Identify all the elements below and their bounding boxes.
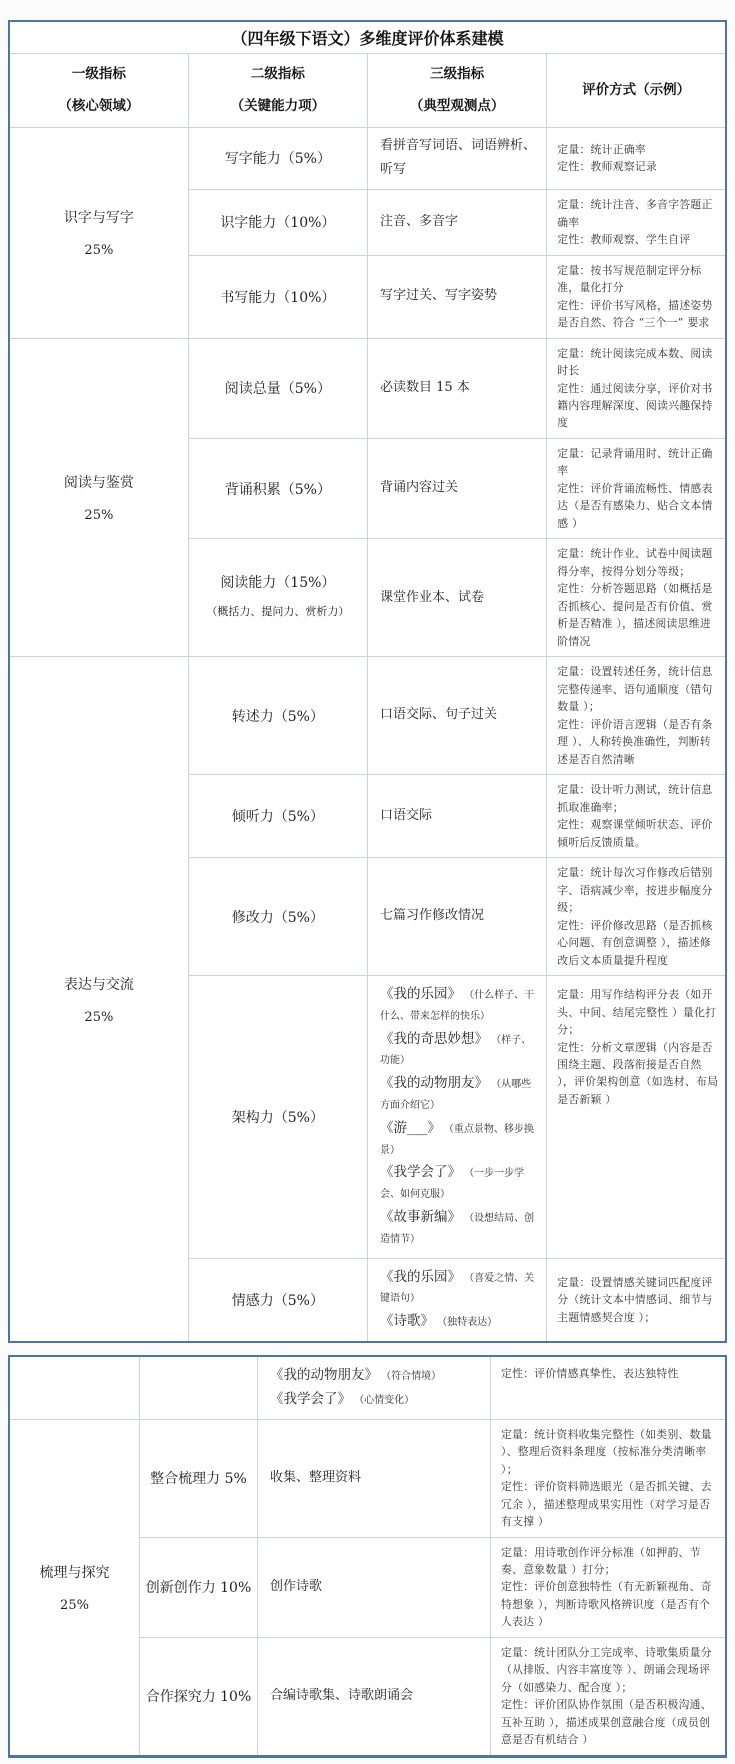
section-name: 表达与交流 bbox=[11, 974, 187, 994]
book-title: 《我的乐园》 bbox=[380, 1269, 461, 1285]
eval-cell: 定量：用诗歌创作评分标准（如押韵、节奏、意象数量 ）打分； 定性：评价创意独特性… bbox=[491, 1537, 727, 1637]
level3-cell: 口语交际、句子过关 bbox=[368, 657, 547, 775]
level2-cell: 创新创作力 10% bbox=[140, 1537, 258, 1637]
section-name: 梳理与探究 bbox=[11, 1562, 138, 1582]
level2-cell: 倾听力（5%） bbox=[188, 775, 367, 858]
eval-cell: 定量：用写作结构评分表（如开头、中间、结尾完整性 ）量化打分； 定性：分析文章逻… bbox=[547, 976, 726, 1259]
empty-cell bbox=[9, 1356, 140, 1419]
table-row: 梳理与探究 25% 整合梳理力 5% 收集、整理资料 定量：统计资料收集完整性（… bbox=[9, 1419, 726, 1537]
book-line: 《我的奇思妙想》 （样子、功能） bbox=[380, 1029, 540, 1072]
empty-cell bbox=[140, 1356, 258, 1419]
book-line: 《游___》 （重点景物、移步换景） bbox=[380, 1118, 540, 1161]
table-row: 表达与交流 25% 转述力（5%） 口语交际、句子过关 定量：设置转述任务，统计… bbox=[9, 657, 726, 775]
header-level2: 二级指标 （关键能力项） bbox=[188, 54, 367, 128]
book-line: 《我的乐园》 （什么样子、干什么、带来怎样的快乐） bbox=[380, 984, 540, 1027]
book-note: （符合情境） bbox=[378, 1371, 441, 1382]
section-name: 识字与写字 bbox=[11, 207, 187, 227]
evaluation-table-main: （四年级下语文）多维度评价体系建模 一级指标 （核心领域） 二级指标 （关键能力… bbox=[8, 20, 727, 1343]
level2-cell: 情感力（5%） bbox=[188, 1258, 367, 1342]
eval-cell: 定量：设计听力测试，统计信息抓取准确率； 定性：观察课堂倾听状态、评价倾听后反馈… bbox=[547, 775, 726, 858]
eval-cell: 定量：设置转述任务，统计信息完整传递率、语句通顺度（错句数量 ）； 定性：评价语… bbox=[547, 657, 726, 775]
eval-cell: 定量：统计正确率 定性：教师观察记录 bbox=[547, 127, 726, 189]
header-level1: 一级指标 （核心领域） bbox=[9, 54, 188, 128]
table-row: 《我的动物朋友》 （符合情境）《我学会了》 （心情变化） 定性：评价情感真挚性、… bbox=[9, 1356, 726, 1419]
level3-cell: 看拼音写词语、词语辨析、听写 bbox=[368, 127, 547, 189]
book-title: 《游___》 bbox=[380, 1120, 441, 1136]
section-percent: 25% bbox=[11, 1010, 187, 1025]
page-title: （四年级下语文）多维度评价体系建模 bbox=[9, 21, 726, 54]
level3-cell: 写字过关、写字姿势 bbox=[368, 255, 547, 338]
header-eval: 评价方式（示例） bbox=[547, 54, 726, 128]
book-title: 《我学会了》 bbox=[380, 1164, 461, 1180]
level2-cell: 整合梳理力 5% bbox=[140, 1419, 258, 1537]
level2-cell: 合作探究力 10% bbox=[140, 1637, 258, 1756]
level2-cell: 背诵积累（5%） bbox=[188, 438, 367, 538]
book-line: 《我的乐园》 （喜爱之情、关键语句） bbox=[380, 1267, 540, 1310]
book-title: 《我的动物朋友》 bbox=[270, 1367, 378, 1383]
book-title: 《我的奇思妙想》 bbox=[380, 1031, 488, 1047]
level2-cell: 转述力（5%） bbox=[188, 657, 367, 775]
level2-cell: 书写能力（10%） bbox=[188, 255, 367, 338]
book-title: 《诗歌》 bbox=[380, 1313, 434, 1329]
book-line: 《我学会了》 （一步一步学会、如何克服） bbox=[380, 1162, 540, 1205]
book-line: 《我学会了》 （心情变化） bbox=[270, 1389, 484, 1411]
level2-label: 阅读能力（15%） bbox=[191, 572, 365, 592]
level3-cell: 创作诗歌 bbox=[258, 1537, 491, 1637]
book-title: 《我的乐园》 bbox=[380, 986, 461, 1002]
eval-cell: 定量：统计团队分工完成率、诗歌集质量分（从排版、内容丰富度等 ）、朗诵会现场评分… bbox=[491, 1637, 727, 1756]
level2-cell: 阅读总量（5%） bbox=[188, 338, 367, 438]
table-row: 识字与写字 25% 写字能力（5%） 看拼音写词语、词语辨析、听写 定量：统计正… bbox=[9, 127, 726, 189]
level3-cell: 七篇习作修改情况 bbox=[368, 858, 547, 976]
level2-cell: 阅读能力（15%） （概括力、提问力、赏析力） bbox=[188, 539, 367, 657]
table-header-row: 一级指标 （核心领域） 二级指标 （关键能力项） 三级指标 （典型观测点） 评价… bbox=[9, 54, 726, 128]
level3-books-cell: 《我的乐园》 （喜爱之情、关键语句）《诗歌》 （独特表达） bbox=[368, 1258, 547, 1342]
evaluation-table-continued: 《我的动物朋友》 （符合情境）《我学会了》 （心情变化） 定性：评价情感真挚性、… bbox=[8, 1355, 727, 1758]
section-name: 阅读与鉴赏 bbox=[11, 472, 187, 492]
section-percent: 25% bbox=[11, 243, 187, 258]
level3-books-cell: 《我的动物朋友》 （符合情境）《我学会了》 （心情变化） bbox=[258, 1356, 491, 1419]
eval-cell: 定性：评价情感真挚性、表达独特性 bbox=[491, 1356, 727, 1419]
section-percent: 25% bbox=[11, 508, 187, 523]
eval-cell: 定量：统计阅读完成本数、阅读时长 定性：通过阅读分享，评价对书籍内容理解深度、阅… bbox=[547, 338, 726, 438]
book-line: 《我的动物朋友》 （符合情境） bbox=[270, 1365, 484, 1387]
eval-cell: 定量：统计作业、试卷中阅读题得分率，按得分划分等级； 定性：分析答题思路（如概括… bbox=[547, 539, 726, 657]
book-note: （独特表达） bbox=[434, 1317, 497, 1328]
book-title: 《我的动物朋友》 bbox=[380, 1075, 488, 1091]
eval-cell: 定量：记录背诵用时、统计正确率 定性：评价背诵流畅性、情感表达（是否有感染力、贴… bbox=[547, 438, 726, 538]
level3-cell: 合编诗歌集、诗歌朗诵会 bbox=[258, 1637, 491, 1756]
book-line: 《我的动物朋友》 （从哪些方面介绍它） bbox=[380, 1073, 540, 1116]
eval-cell: 定量：设置情感关键词匹配度评分（统计文本中情感词、细节与主题情感契合度 ）； bbox=[547, 1258, 726, 1342]
level3-books-cell: 《我的乐园》 （什么样子、干什么、带来怎样的快乐）《我的奇思妙想》 （样子、功能… bbox=[368, 976, 547, 1259]
level3-cell: 背诵内容过关 bbox=[368, 438, 547, 538]
section-cell-exploration: 梳理与探究 25% bbox=[9, 1419, 140, 1756]
level3-cell: 课堂作业本、试卷 bbox=[368, 539, 547, 657]
level3-cell: 口语交际 bbox=[368, 775, 547, 858]
header-level3: 三级指标 （典型观测点） bbox=[368, 54, 547, 128]
level3-cell: 收集、整理资料 bbox=[258, 1419, 491, 1537]
book-title: 《我学会了》 bbox=[270, 1391, 351, 1407]
eval-cell: 定量：统计资料收集完整性（如类别、数量 ）、整理后资料条理度（按标准分类清晰率 … bbox=[491, 1419, 727, 1537]
book-line: 《故事新编》 （设想结局、创造情节） bbox=[380, 1207, 540, 1250]
eval-cell: 定量：统计每次习作修改后错别字、语病减少率，按进步幅度分级； 定性：评价修改思路… bbox=[547, 858, 726, 976]
eval-cell: 定量：统计注音、多音字答题正确率 定性：教师观察、学生自评 bbox=[547, 190, 726, 255]
level3-cell: 必读数目 15 本 bbox=[368, 338, 547, 438]
section-cell-reading: 阅读与鉴赏 25% bbox=[9, 338, 188, 657]
table-row: 阅读与鉴赏 25% 阅读总量（5%） 必读数目 15 本 定量：统计阅读完成本数… bbox=[9, 338, 726, 438]
table-title-row: （四年级下语文）多维度评价体系建模 bbox=[9, 21, 726, 54]
section-cell-expression: 表达与交流 25% bbox=[9, 657, 188, 1342]
level3-cell: 注音、多音字 bbox=[368, 190, 547, 255]
book-note: （心情变化） bbox=[351, 1395, 414, 1406]
level2-cell: 识字能力（10%） bbox=[188, 190, 367, 255]
book-line: 《诗歌》 （独特表达） bbox=[380, 1311, 540, 1333]
eval-cell: 定量：按书写规范制定评分标准，量化打分 定性：评价书写风格，描述姿势是否自然、符… bbox=[547, 255, 726, 338]
level2-sublabel: （概括力、提问力、赏析力） bbox=[191, 602, 365, 623]
section-percent: 25% bbox=[11, 1598, 138, 1613]
section-cell-literacy: 识字与写字 25% bbox=[9, 127, 188, 338]
level2-cell: 写字能力（5%） bbox=[188, 127, 367, 189]
level2-cell: 修改力（5%） bbox=[188, 858, 367, 976]
level2-cell: 架构力（5%） bbox=[188, 976, 367, 1259]
document-page: （四年级下语文）多维度评价体系建模 一级指标 （核心领域） 二级指标 （关键能力… bbox=[0, 0, 735, 1764]
book-title: 《故事新编》 bbox=[380, 1209, 461, 1225]
